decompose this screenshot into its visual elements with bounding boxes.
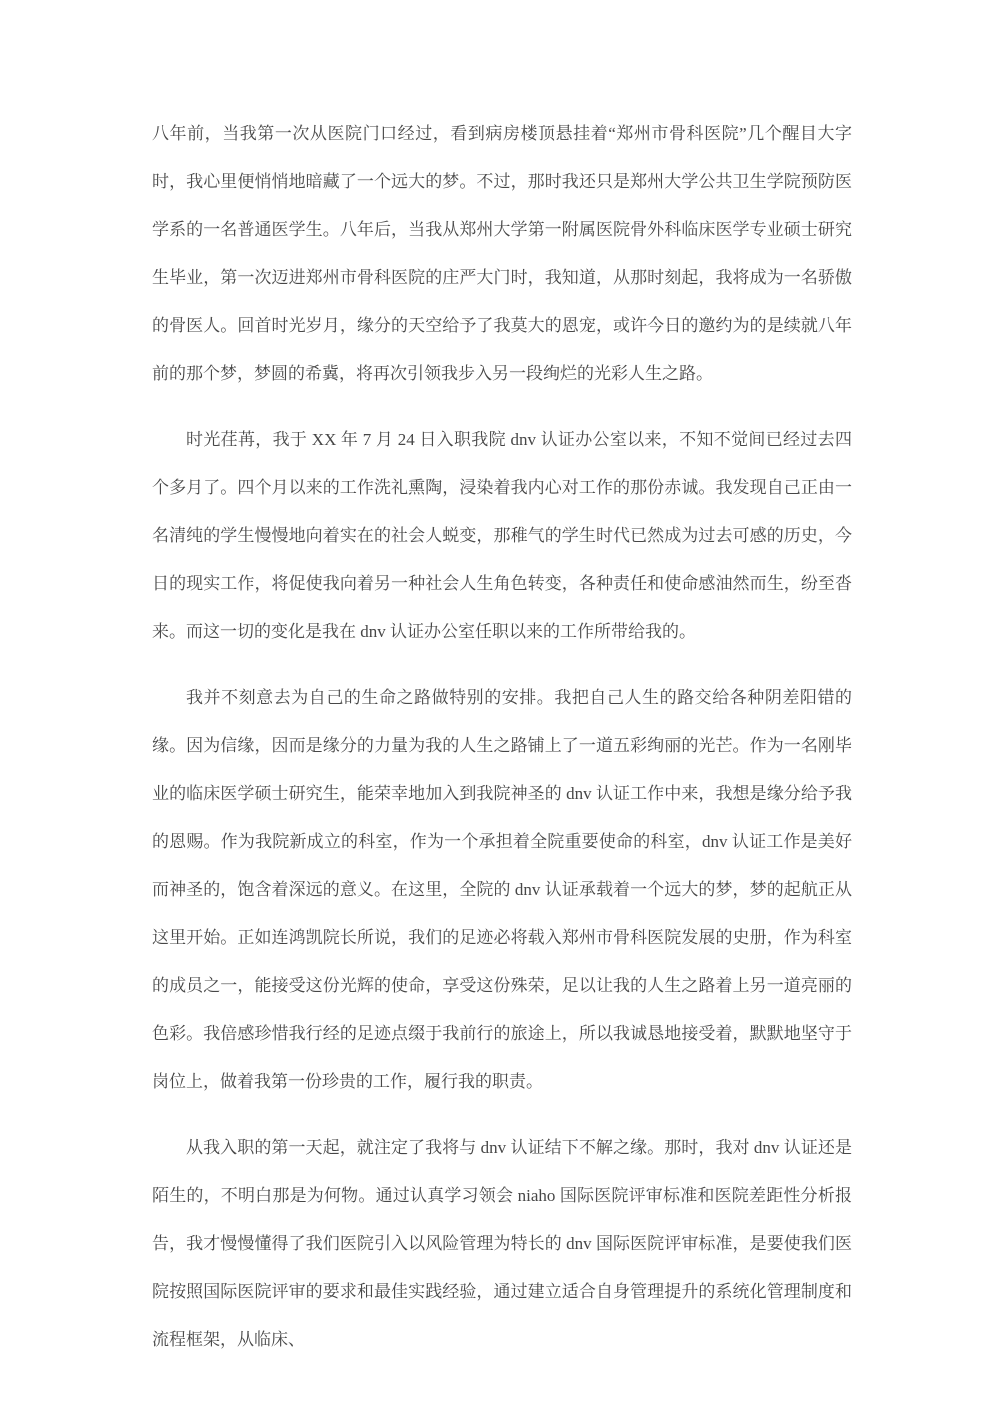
- document-page: 八年前，当我第一次从医院门口经过，看到病房楼顶悬挂着“郑州市骨科医院”几个醒目大…: [152, 110, 852, 1382]
- paragraph-fate: 我并不刻意去为自己的生命之路做特别的安排。我把自己人生的路交给各种阴差阳错的缘。…: [152, 674, 852, 1106]
- paragraph-dnv-learning: 从我入职的第一天起，就注定了我将与 dnv 认证结下不解之缘。那时，我对 dnv…: [152, 1124, 852, 1364]
- paragraph-dream-origin: 八年前，当我第一次从医院门口经过，看到病房楼顶悬挂着“郑州市骨科医院”几个醒目大…: [152, 110, 852, 398]
- paragraph-four-months: 时光荏苒，我于 XX 年 7 月 24 日入职我院 dnv 认证办公室以来，不知…: [152, 416, 852, 656]
- document-canvas: { "page": { "background_color": "#ffffff…: [0, 0, 1000, 1415]
